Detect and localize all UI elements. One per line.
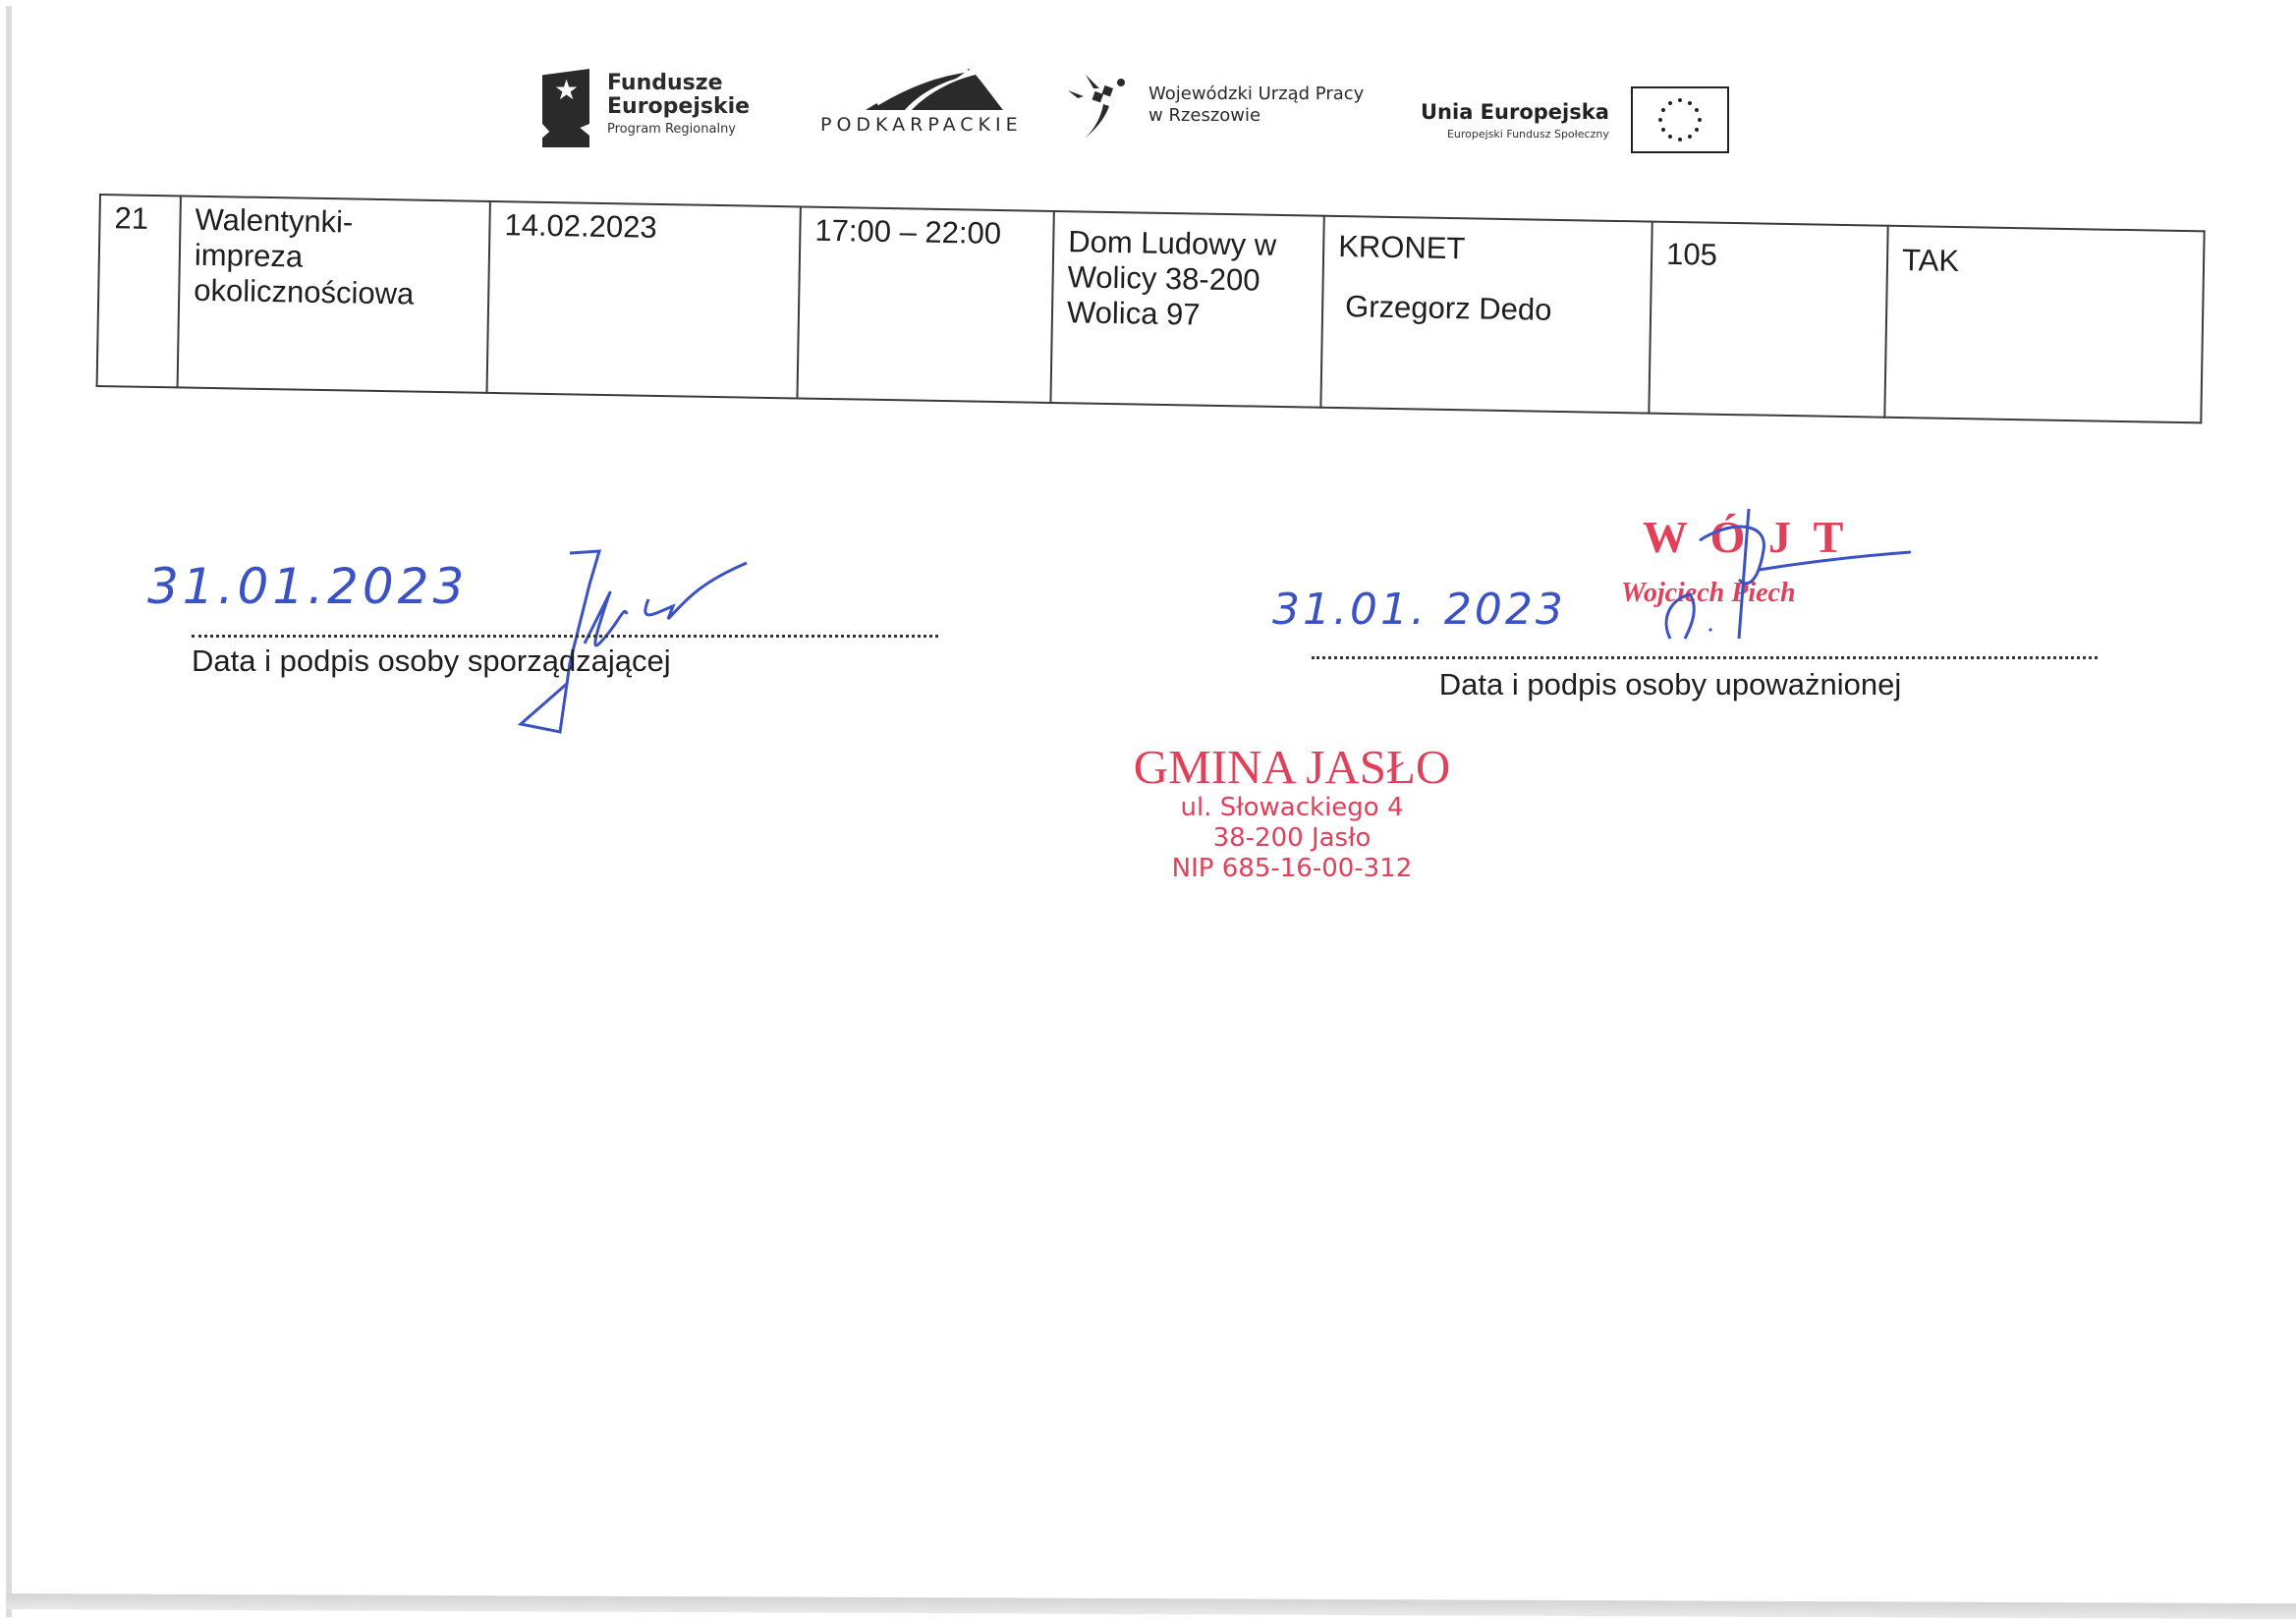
ue-line2: Europejski Fundusz Społeczny: [1421, 128, 1609, 140]
left-signature-block: Data i podpis osoby sporządzającej: [192, 635, 938, 679]
gmina-stamp: GMINA JASŁO ul. Słowackiego 4 38-200 Jas…: [1125, 742, 1459, 884]
fundusze-line3: Program Regionalny: [607, 122, 750, 137]
scan-edge-left: [6, 6, 12, 1617]
scan-edge-bottom: [6, 1594, 2296, 1619]
fundusze-line2: Europejskie: [607, 95, 750, 119]
wup-logo: Wojewódzki Urząd Pracy w Rzeszowie: [1066, 71, 1364, 140]
unia-europejska-logo: Unia Europejska Europejski Fundusz Społe…: [1421, 86, 1729, 153]
cell-participants: 105: [1649, 222, 1887, 418]
fundusze-line1: Fundusze: [607, 72, 750, 95]
ue-line1: Unia Europejska: [1421, 100, 1609, 124]
fundusze-europejskie-logo: ★ Fundusze Europejskie Program Regionaln…: [542, 59, 750, 149]
cell-confirmation: TAK: [1884, 226, 2204, 423]
gmina-name: GMINA JASŁO: [1125, 742, 1459, 793]
podkarpackie-label: PODKARPACKIE: [820, 114, 1023, 136]
right-signature-block: Data i podpis osoby upoważnionej: [1312, 656, 2098, 702]
podkarpackie-swoosh-icon: [838, 67, 1005, 112]
gmina-nip: NIP 685-16-00-312: [1125, 854, 1459, 884]
cell-place: Dom Ludowy w Wolicy 38-200 Wolica 97: [1050, 211, 1323, 408]
cell-time: 17:00 – 22:00: [797, 206, 1053, 402]
organizer-person: Grzegorz Dedo: [1337, 289, 1637, 329]
right-signature-scribble: [1631, 501, 1926, 648]
cell-date: 14.02.2023: [487, 201, 801, 398]
eu-flag-icon: [1631, 86, 1729, 153]
cell-number: 21: [97, 195, 181, 387]
wup-line1: Wojewódzki Urząd Pracy: [1148, 84, 1364, 105]
left-handwritten-date: 31.01.2023: [147, 558, 468, 615]
right-handwritten-date: 31.01. 2023: [1272, 585, 1566, 635]
right-signature-caption: Data i podpis osoby upoważnionej: [1312, 667, 2098, 702]
table-row: 21 Walentynki- impreza okolicznościowa 1…: [97, 195, 2205, 422]
events-table: 21 Walentynki- impreza okolicznościowa 1…: [96, 194, 2206, 423]
gmina-city: 38-200 Jasło: [1125, 823, 1459, 854]
cell-organizer: KRONET Grzegorz Dedo: [1320, 216, 1652, 414]
left-signature-caption: Data i podpis osoby sporządzającej: [192, 644, 938, 679]
podkarpackie-logo: PODKARPACKIE: [820, 67, 1023, 136]
gmina-street: ul. Słowackiego 4: [1125, 793, 1459, 823]
wup-bird-icon: [1066, 71, 1135, 140]
fundusze-flag-icon: ★: [542, 59, 589, 149]
cell-event-name: Walentynki- impreza okolicznościowa: [178, 196, 490, 392]
wup-line2: w Rzeszowie: [1148, 105, 1364, 127]
